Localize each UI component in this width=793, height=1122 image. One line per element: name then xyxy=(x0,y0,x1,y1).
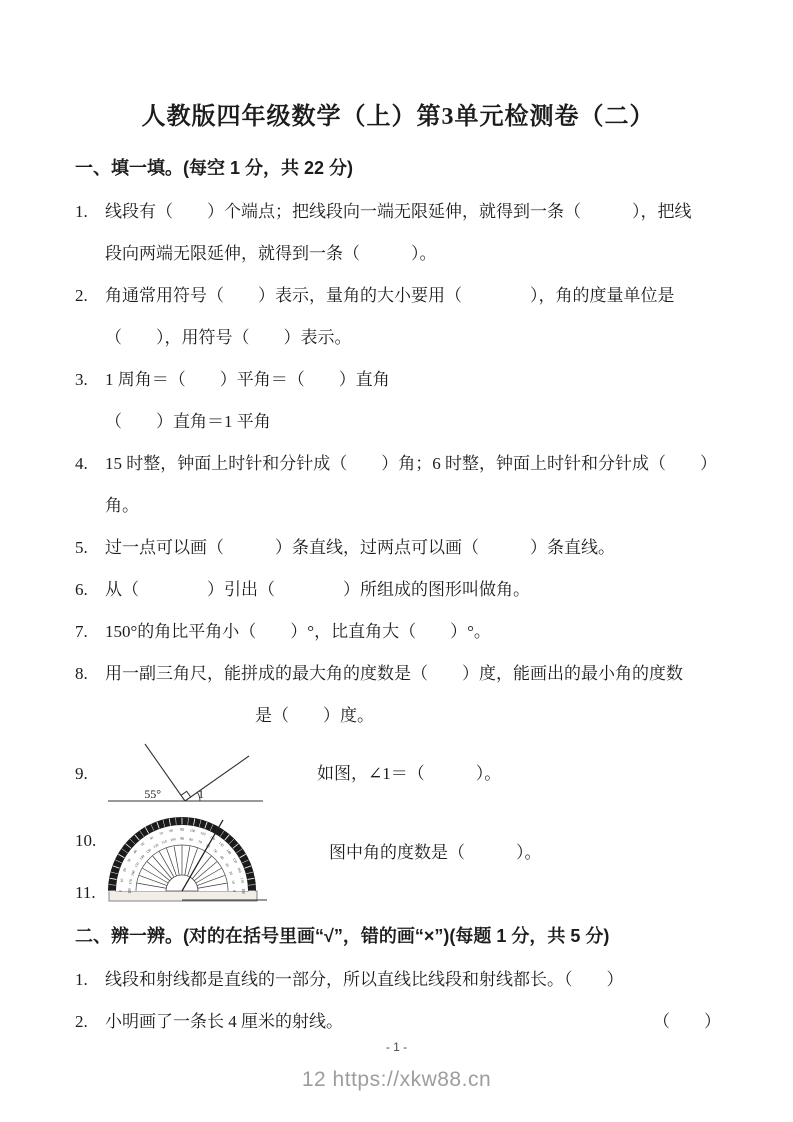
question-10-11: 10. 11. 18001701016020150301404013050120… xyxy=(75,813,721,905)
svg-text:90: 90 xyxy=(180,837,184,841)
question-text: 角通常用符号（ ）表示，量角的大小要用（ ），角的度量单位是 xyxy=(105,275,721,317)
question-text: （ ）直角＝1 平角 xyxy=(105,401,721,443)
section-2-heading: 二、辨一辨。(对的在括号里画“√”，错的画“×”)(每题 1 分，共 5 分) xyxy=(75,921,721,951)
protractor-diagram: 1800170101602015030140401305012060110701… xyxy=(105,813,273,905)
svg-text:0: 0 xyxy=(232,890,236,892)
angle-diagram: 55° 1 xyxy=(105,739,270,809)
svg-text:90: 90 xyxy=(180,828,184,832)
question-number: 2. xyxy=(75,275,105,317)
question-text: 线段有（ ）个端点；把线段向一端无限延伸，就得到一条（ ），把线 xyxy=(105,191,721,233)
question-number: 3. xyxy=(75,359,105,401)
page-number: - 1 - xyxy=(0,1040,793,1054)
page-footer: - 1 - 12 https://xkw88.cn xyxy=(0,1040,793,1092)
question-7: 7. 150°的角比平角小（ ）°，比直角大（ ）°。 xyxy=(75,611,721,653)
question-number: 5. xyxy=(75,527,105,569)
question-number: 9. xyxy=(75,763,105,785)
svg-text:180: 180 xyxy=(241,888,245,894)
question-number: 11. xyxy=(75,883,105,903)
right-angle-mark xyxy=(181,791,191,797)
svg-text:180: 180 xyxy=(128,888,132,894)
question-number: 10. xyxy=(75,831,105,851)
answer-parentheses: （ ） xyxy=(653,1001,721,1043)
paper-content: 人教版四年级数学（上）第3单元检测卷（二） 一、填一填。(每空 1 分，共 22… xyxy=(0,0,793,1043)
tf-question-1: 1. 线段和射线都是直线的一部分，所以直线比线段和射线都长。（ ） xyxy=(75,959,721,1001)
question-9: 9. 55° 1 如图，∠1＝（ ）。 xyxy=(75,739,721,809)
question-text: 从（ ）引出（ ）所组成的图形叫做角。 xyxy=(105,569,721,611)
angle-1-label: 1 xyxy=(198,787,204,801)
question-text: 段向两端无限延伸，就得到一条（ ）。 xyxy=(105,233,721,275)
question-text: 过一点可以画（ ）条直线，过两点可以画（ ）条直线。 xyxy=(105,527,721,569)
question-1: 1. 线段有（ ）个端点；把线段向一端无限延伸，就得到一条（ ），把线 段向两端… xyxy=(75,191,721,275)
question-number: 8. xyxy=(75,653,105,695)
svg-text:0: 0 xyxy=(119,890,123,892)
tf-question-2: 2. 小明画了一条长 4 厘米的射线。 （ ） xyxy=(75,1001,721,1043)
question-text: 15 时整，钟面上时针和分针成（ ）角；6 时整，钟面上时针和分针成（ ） xyxy=(105,443,721,485)
question-3: 3. 1 周角＝（ ）平角＝（ ）直角 （ ）直角＝1 平角 xyxy=(75,359,721,443)
page-title: 人教版四年级数学（上）第3单元检测卷（二） xyxy=(75,96,721,131)
question-text: 角。 xyxy=(105,485,721,527)
question-number: 2. xyxy=(75,1001,105,1043)
question-number: 4. xyxy=(75,443,105,485)
question-text: 线段和射线都是直线的一部分，所以直线比线段和射线都长。（ ） xyxy=(105,959,721,1001)
question-text: 如图，∠1＝（ ）。 xyxy=(317,763,501,785)
question-number: 1. xyxy=(75,959,105,1001)
section-1-heading: 一、填一填。(每空 1 分，共 22 分) xyxy=(75,153,721,183)
angle-55-label: 55° xyxy=(144,787,161,801)
angle-figure: 55° 1 xyxy=(105,739,275,809)
question-4: 4. 15 时整，钟面上时针和分针成（ ）角；6 时整，钟面上时针和分针成（ ）… xyxy=(75,443,721,527)
angle-right-ray xyxy=(185,756,249,801)
watermark-url: 12 https://xkw88.cn xyxy=(0,1068,793,1092)
question-number: 6. xyxy=(75,569,105,611)
question-2: 2. 角通常用符号（ ）表示，量角的大小要用（ ），角的度量单位是 （ ），用符… xyxy=(75,275,721,359)
protractor-figure: 1800170101602015030140401305012060110701… xyxy=(105,813,273,905)
question-text: 是（ ）度。 xyxy=(255,695,721,737)
question-8: 8. 用一副三角尺，能拼成的最大角的度数是（ ）度，能画出的最小角的度数 是（ … xyxy=(75,653,721,737)
question-5: 5. 过一点可以画（ ）条直线，过两点可以画（ ）条直线。 xyxy=(75,527,721,569)
question-6: 6. 从（ ）引出（ ）所组成的图形叫做角。 xyxy=(75,569,721,611)
exam-paper-page: 人教版四年级数学（上）第3单元检测卷（二） 一、填一填。(每空 1 分，共 22… xyxy=(0,0,793,1122)
question-number: 7. xyxy=(75,611,105,653)
question-text: 1 周角＝（ ）平角＝（ ）直角 xyxy=(105,359,721,401)
question-text: 小明画了一条长 4 厘米的射线。 xyxy=(105,1001,343,1043)
question-text: 图中角的度数是（ ）。 xyxy=(329,842,542,864)
question-text: 150°的角比平角小（ ）°，比直角大（ ）°。 xyxy=(105,611,721,653)
question-number: 1. xyxy=(75,191,105,233)
question-text: 用一副三角尺，能拼成的最大角的度数是（ ）度，能画出的最小角的度数 xyxy=(105,653,721,695)
question-text: （ ），用符号（ ）表示。 xyxy=(105,317,721,359)
